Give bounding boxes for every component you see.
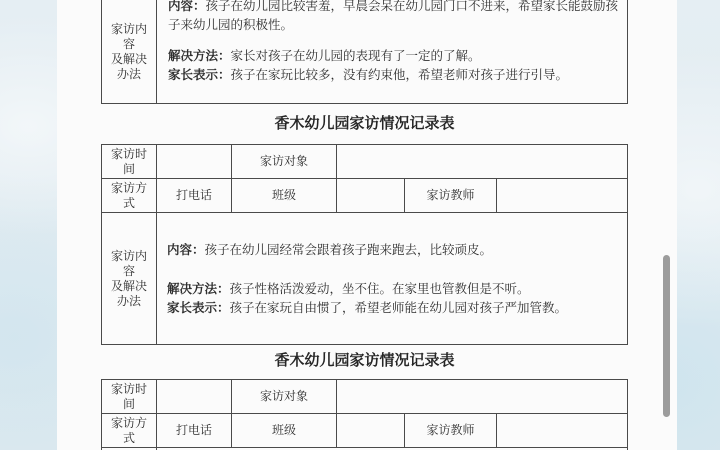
cell-class-label: 班级	[232, 414, 337, 447]
document-page: 家访内 容 及解决 办法 内容：孩子在幼儿园比较害羞，早晨会呆在幼儿园门口不进来…	[57, 0, 677, 450]
content-header-cell: 家访内 容 及解决 办法	[102, 0, 157, 103]
table-row: 家访内 容 及解决 办法 内容：孩子在幼儿园经常会跟着孩子跑来跑去，比较顽皮。 …	[102, 213, 627, 344]
cell-teacher-label: 家访教师	[405, 414, 497, 447]
solution-label: 解决方法：	[168, 49, 231, 63]
record-table: 家访时 间 家访对象 家访方 式 打电话 班级 家访教师 家访内 容 及解决 办…	[101, 144, 628, 345]
content-header-cell: 家访内 容 及解决 办法	[102, 213, 157, 344]
cell-visit-target-label: 家访对象	[232, 145, 337, 178]
solution-label: 解决方法：	[167, 282, 230, 296]
cell-visit-method-value: 打电话	[157, 179, 232, 212]
cell-visit-time-value	[157, 145, 232, 178]
record-content-cell: 内容：孩子在幼儿园比较害羞，早晨会呆在幼儿园门口不进来，希望家长能鼓励孩子来幼儿…	[158, 0, 627, 103]
cell-class-value	[337, 179, 405, 212]
cell-visit-time-label: 家访时 间	[102, 145, 157, 178]
page-title: 香木幼儿园家访情况记录表	[101, 114, 628, 134]
solution-text: 孩子性格活泼爱动，坐不住。在家里也管教但是不听。	[230, 282, 530, 296]
app-background: { "page": { "title": "香木幼儿园家访情况记录表" }, "…	[0, 0, 720, 450]
parent-label: 家长表示：	[167, 301, 230, 315]
content-text: 孩子在幼儿园经常会跟着孩子跑来跑去，比较顽皮。	[205, 243, 493, 257]
record-parent-line: 家长表示：孩子在家玩自由惯了，希望老师能在幼儿园对孩子严加管教。	[167, 299, 622, 318]
record-content-line: 内容：孩子在幼儿园经常会跟着孩子跑来跑去，比较顽皮。	[167, 241, 622, 260]
cell-visit-target-value	[337, 380, 627, 413]
cell-visit-method-value: 打电话	[157, 414, 232, 447]
table-row: 家访方 式 打电话 班级 家访教师	[102, 179, 627, 213]
table-row: 家访时 间 家访对象	[102, 380, 627, 414]
cell-visit-method-label: 家访方 式	[102, 179, 157, 212]
cell-class-value	[337, 414, 405, 447]
content-text: 孩子在幼儿园比较害羞，早晨会呆在幼儿园门口不进来，希望家长能鼓励孩子来幼儿园的积…	[168, 0, 618, 32]
record-solution-line: 解决方法：孩子性格活泼爱动，坐不住。在家里也管教但是不听。	[167, 280, 622, 299]
cell-visit-target-value	[337, 145, 627, 178]
scrollbar-thumb[interactable]	[663, 255, 670, 417]
cell-visit-time-value	[157, 380, 232, 413]
cell-visit-method-label: 家访方 式	[102, 414, 157, 447]
table-row: 家访时 间 家访对象	[102, 145, 627, 179]
content-label: 内容：	[168, 0, 206, 13]
cell-teacher-label: 家访教师	[405, 179, 497, 212]
parent-text: 孩子在家玩自由惯了，希望老师能在幼儿园对孩子严加管教。	[230, 301, 568, 315]
parent-label: 家长表示：	[168, 68, 231, 82]
cell-teacher-value	[497, 414, 627, 447]
record-section-top: 家访内 容 及解决 办法 内容：孩子在幼儿园比较害羞，早晨会呆在幼儿园门口不进来…	[101, 0, 628, 104]
record-solution-line: 解决方法：家长对孩子在幼儿园的表现有了一定的了解。	[168, 47, 622, 66]
table-row: 家访方 式 打电话 班级 家访教师	[102, 414, 627, 448]
page-title: 香木幼儿园家访情况记录表	[101, 351, 628, 371]
solution-text: 家长对孩子在幼儿园的表现有了一定的了解。	[231, 49, 481, 63]
cell-visit-target-label: 家访对象	[232, 380, 337, 413]
record-table: 家访时 间 家访对象 家访方 式 打电话 班级 家访教师	[101, 379, 628, 450]
record-content-line: 内容：孩子在幼儿园比较害羞，早晨会呆在幼儿园门口不进来，希望家长能鼓励孩子来幼儿…	[168, 0, 622, 35]
parent-text: 孩子在家玩比较多，没有约束他，希望老师对孩子进行引导。	[231, 68, 569, 82]
content-label: 内容：	[167, 243, 205, 257]
cell-visit-time-label: 家访时 间	[102, 380, 157, 413]
cell-class-label: 班级	[232, 179, 337, 212]
record-content-cell: 内容：孩子在幼儿园经常会跟着孩子跑来跑去，比较顽皮。 解决方法：孩子性格活泼爱动…	[157, 213, 627, 344]
record-parent-line: 家长表示：孩子在家玩比较多，没有约束他，希望老师对孩子进行引导。	[168, 66, 622, 85]
cell-teacher-value	[497, 179, 627, 212]
